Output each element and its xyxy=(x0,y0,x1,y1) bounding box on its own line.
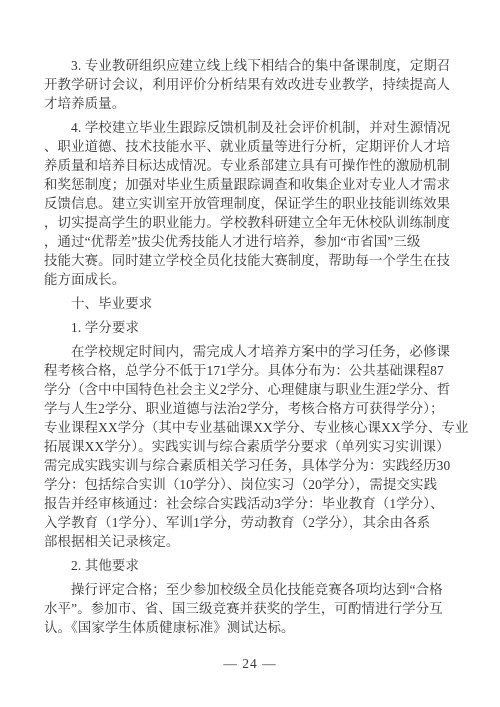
heading-line: 十、毕业要求 xyxy=(44,294,446,313)
text-line: 3. 专业教研组织应建立线上线下相结合的集中备课制度，定期召 xyxy=(44,56,446,75)
paragraph-other-requirements: 操行评定合格；至少参加校级全员化技能竞赛各项均达到“合格 水平”。参加市、省、国… xyxy=(44,580,446,637)
paragraph-credit-details: 在学校规定时间内，需完成人才培养方案中的学习任务，必修课 程考核合格，总学分不低… xyxy=(44,342,446,551)
subheading-line: 1. 学分要求 xyxy=(44,318,446,337)
document-text-area: 3. 专业教研组织应建立线上线下相结合的集中备课制度，定期召 开教学研讨会议，利… xyxy=(44,56,446,642)
text-line: 操行评定合格；至少参加校级全员化技能竞赛各项均达到“合格 xyxy=(44,580,446,599)
subheading-other-requirements: 2. 其他要求 xyxy=(44,556,446,575)
text-line: 报告并经审核通过：社会综合实践活动3学分：毕业教育（1学分）、 xyxy=(44,494,446,513)
text-line: 4. 学校建立毕业生跟踪反馈机制及社会评价机制，并对生源情况 xyxy=(44,118,446,137)
text-line: 反馈信息。建立实训室开放管理制度，保证学生的职业技能训练效果 xyxy=(44,194,446,213)
text-line: 需完成实践实训与综合素质相关学习任务，具体学分为：实践经历30 xyxy=(44,456,446,475)
subheading-credit-requirements: 1. 学分要求 xyxy=(44,318,446,337)
text-line: 程考核合格，总学分不低于171学分。具体分布为：公共基础课程87 xyxy=(44,361,446,380)
text-line: 认。《国家学生体质健康标准》测试达标。 xyxy=(44,618,446,637)
text-line: 部根据相关记录核定。 xyxy=(44,532,446,551)
text-line: 才培养质量。 xyxy=(44,94,446,113)
document-page: 3. 专业教研组织应建立线上线下相结合的集中备课制度，定期召 开教学研讨会议，利… xyxy=(0,0,500,707)
text-line: 学分：包括综合实训（10学分）、岗位实习（20学分），需提交实践 xyxy=(44,475,446,494)
text-line: 开教学研讨会议，利用评价分析结果有效改进专业教学，持续提高人 xyxy=(44,75,446,94)
text-line: 专业课程XX学分（其中专业基础课XX学分、专业核心课XX学分、专业 xyxy=(44,418,446,437)
text-line: ，切实提高学生的职业能力。学校教科研建立全年无休校队训练制度 xyxy=(44,213,446,232)
text-line: 、职业道德、技术技能水平、就业质量等进行分析，定期评价人才培 xyxy=(44,137,446,156)
text-line: 学与人生2学分、职业道德与法治2学分，考核合格方可获得学分）； xyxy=(44,399,446,418)
text-line: 水平”。参加市、省、国三级竞赛并获奖的学生，可酌情进行学分互 xyxy=(44,599,446,618)
page-number: — 24 — xyxy=(0,656,500,672)
text-line: 技能大赛。同时建立学校全员化技能大赛制度，帮助每一个学生在技 xyxy=(44,251,446,270)
text-line: 在学校规定时间内，需完成人才培养方案中的学习任务，必修课 xyxy=(44,342,446,361)
text-line: 入学教育（1学分）、军训1学分，劳动教育（2学分），其余由各系 xyxy=(44,513,446,532)
text-line: ，通过“优帮差”拔尖优秀技能人才进行培养，参加“市省国”三级 xyxy=(44,232,446,251)
section-heading-graduation-requirements: 十、毕业要求 xyxy=(44,294,446,313)
text-line: 养质量和培养目标达成情况。专业系部建立具有可操作性的激励机制 xyxy=(44,156,446,175)
text-line: 和奖惩制度；加强对毕业生质量跟踪调查和收集企业对专业人才需求 xyxy=(44,175,446,194)
paragraph-3-collective-lesson-prep: 3. 专业教研组织应建立线上线下相结合的集中备课制度，定期召 开教学研讨会议，利… xyxy=(44,56,446,113)
text-line: 拓展课XX学分）。实践实训与综合素质学分要求（单列实习实训课） xyxy=(44,437,446,456)
text-line: 学分（含中中国特色社会主义2学分、心理健康与职业生涯2学分、哲 xyxy=(44,380,446,399)
text-line: 能方面成长。 xyxy=(44,270,446,289)
paragraph-4-graduate-tracking-feedback: 4. 学校建立毕业生跟踪反馈机制及社会评价机制，并对生源情况 、职业道德、技术技… xyxy=(44,118,446,289)
subheading-line: 2. 其他要求 xyxy=(44,556,446,575)
